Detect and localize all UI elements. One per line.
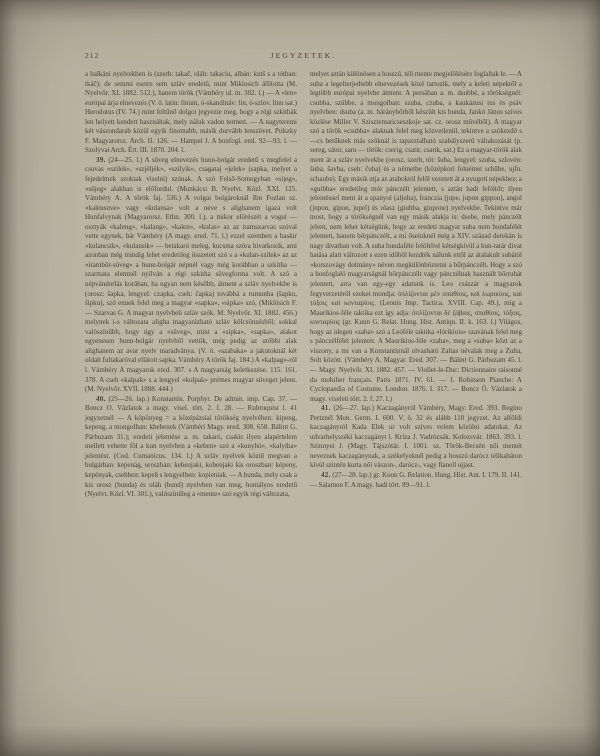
paragraph-continuation: melyet aztán különösen a hosszú, téli me… [310,70,522,404]
right-column: melyet aztán különösen a hosszú, téli me… [310,70,522,500]
paragraph-text: melyet aztán különösen a hosszú, téli me… [310,70,522,403]
page-header: 212 JEGYZETEK. [85,51,522,63]
entry-number: 40. [96,395,106,403]
paragraph-text: (24—25. l.) A süveg elnevezés hunn-bolgá… [85,156,297,393]
note-entry-40: 40. (25—26. lap.) Konstantin. Porphyr. D… [85,395,297,500]
text-block: a balkáni nyelvekben is (szerb: takač, o… [85,70,522,500]
scanned-book-page: 212 JEGYZETEK. a balkáni nyelvekben is (… [0,0,600,756]
note-entry-39: 39. (24—25. l.) A süveg elnevezés hunn-b… [85,156,297,395]
running-title: JEGYZETEK. [85,51,522,60]
left-column: a balkáni nyelvekben is (szerb: takač, o… [85,70,297,500]
entry-number: 42. [321,471,331,479]
entry-number: 39. [96,156,106,164]
paragraph-text: (25—26. lap.) Konstantin. Porphyr. De ad… [85,395,297,498]
note-entry-42: 42. (27—28. lap.) gr. Kuun G. Relation. … [310,471,522,490]
paragraph-continuation: a balkáni nyelvekben is (szerb: takač, o… [85,70,297,156]
entry-number: 41. [321,404,331,412]
paragraph-text: (27—28. lap.) gr. Kuun G. Relation. Hung… [310,471,522,489]
paragraph-text: a balkáni nyelvekben is (szerb: takač, o… [85,70,297,154]
paragraph-text: (26—27. lap.) Kaczagányról Vámbéry, Magy… [310,404,522,469]
note-entry-41: 41. (26—27. lap.) Kaczagányról Vámbéry, … [310,404,522,471]
